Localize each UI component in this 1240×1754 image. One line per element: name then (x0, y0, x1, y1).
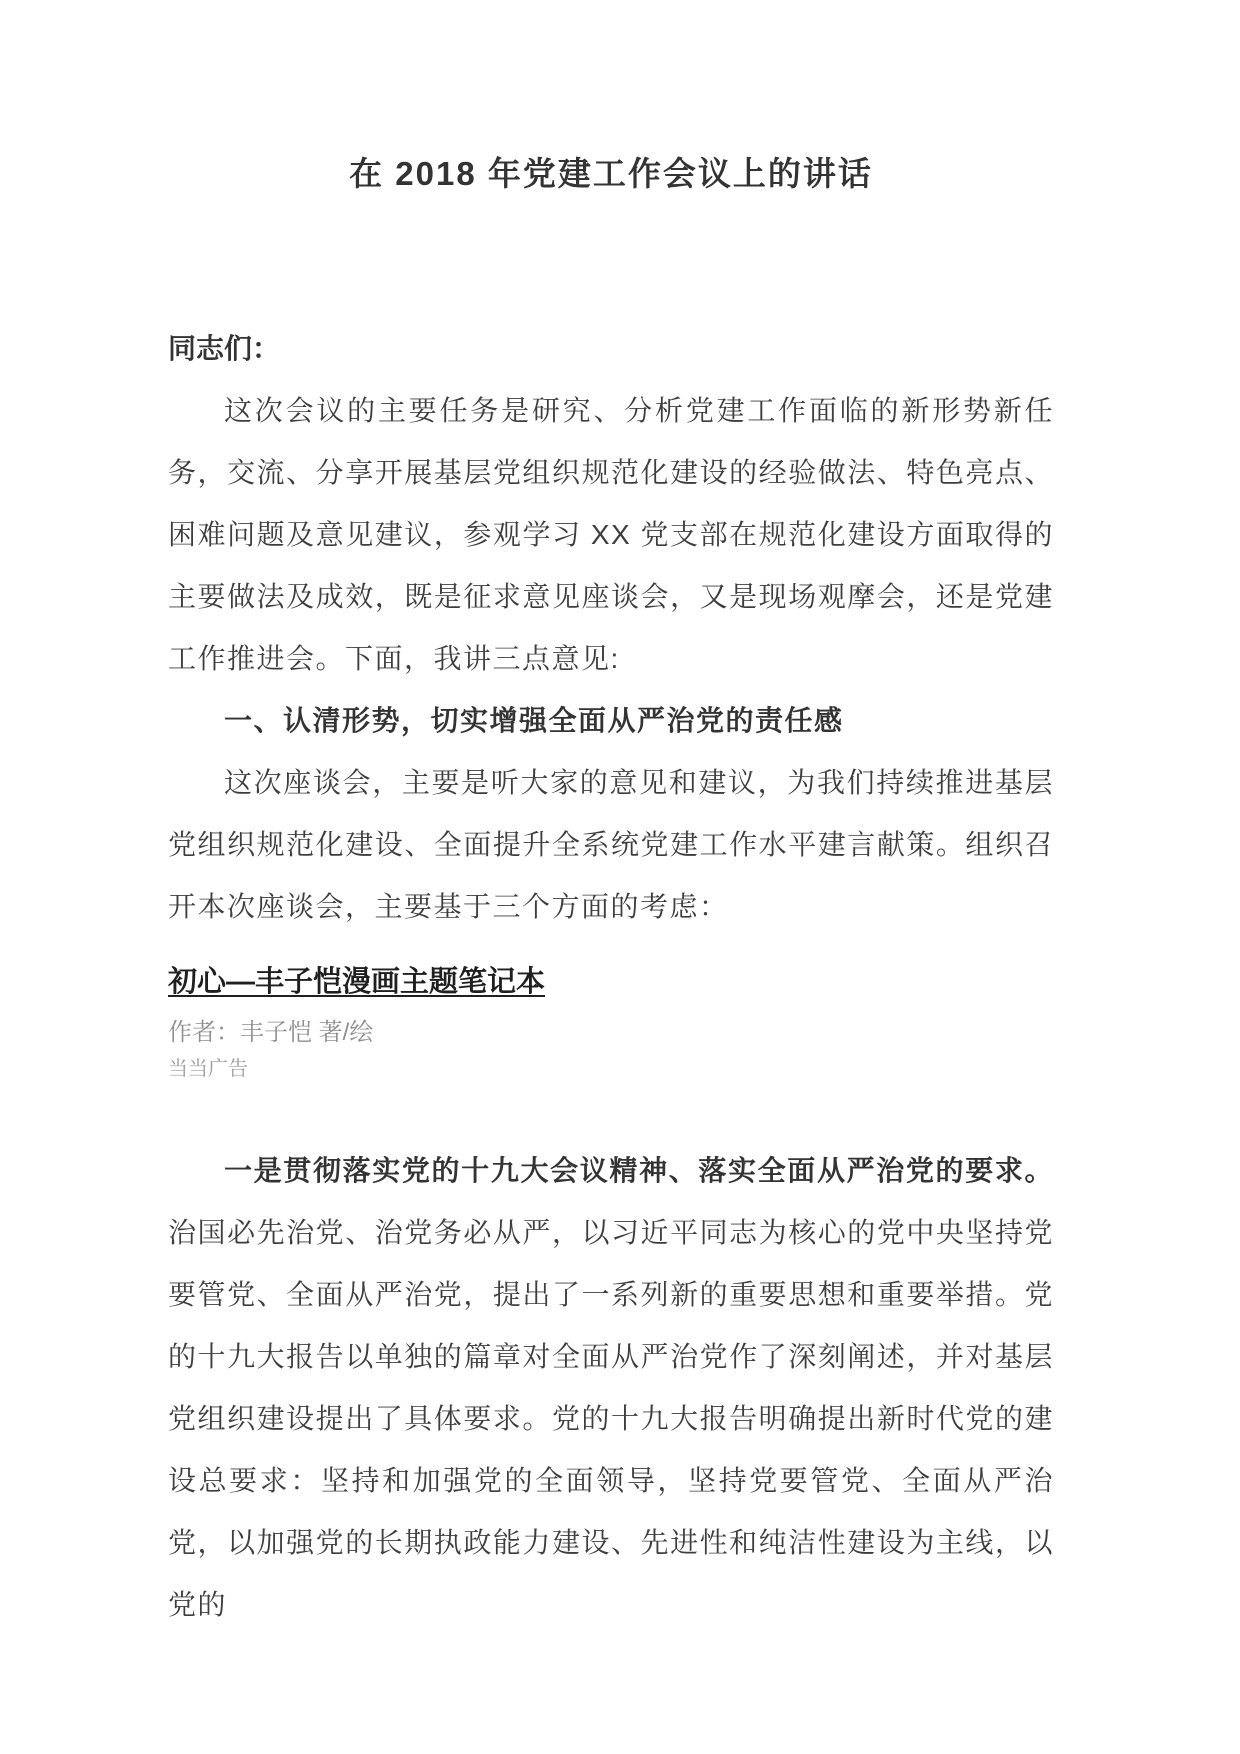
paragraph-point-one: 一是贯彻落实党的十九大会议精神、落实全面从严治党的要求。治国必先治党、治党务必从… (168, 1140, 1054, 1636)
paragraph-forum-purpose: 这次座谈会，主要是听大家的意见和建议，为我们持续推进基层党组织规范化建设、全面提… (168, 752, 1054, 938)
section-heading-1: 一、认清形势，切实增强全面从严治党的责任感 (168, 690, 1054, 752)
paragraph-point-one-lead: 一是贯彻落实党的十九大会议精神、落实全面从严治党的要求。 (224, 1155, 1054, 1186)
ad-source-label: 当当广告 (168, 1054, 1054, 1084)
paragraph-intro: 这次会议的主要任务是研究、分析党建工作面临的新形势新任务，交流、分享开展基层党组… (168, 380, 1054, 690)
inline-ad: 初心—丰子恺漫画主题笔记本 作者：丰子恺 著/绘 当当广告 (168, 960, 1054, 1084)
salutation: 同志们： (168, 318, 1054, 380)
paragraph-point-one-body: 治国必先治党、治党务必从严，以习近平同志为核心的党中央坚持党要管党、全面从严治党… (168, 1217, 1054, 1620)
document-title: 在 2018 年党建工作会议上的讲话 (168, 150, 1054, 198)
ad-link-title[interactable]: 初心—丰子恺漫画主题笔记本 (168, 960, 545, 1004)
document-page: 在 2018 年党建工作会议上的讲话 同志们： 这次会议的主要任务是研究、分析党… (0, 0, 1240, 1754)
ad-author-line: 作者：丰子恺 著/绘 (168, 1016, 1054, 1050)
